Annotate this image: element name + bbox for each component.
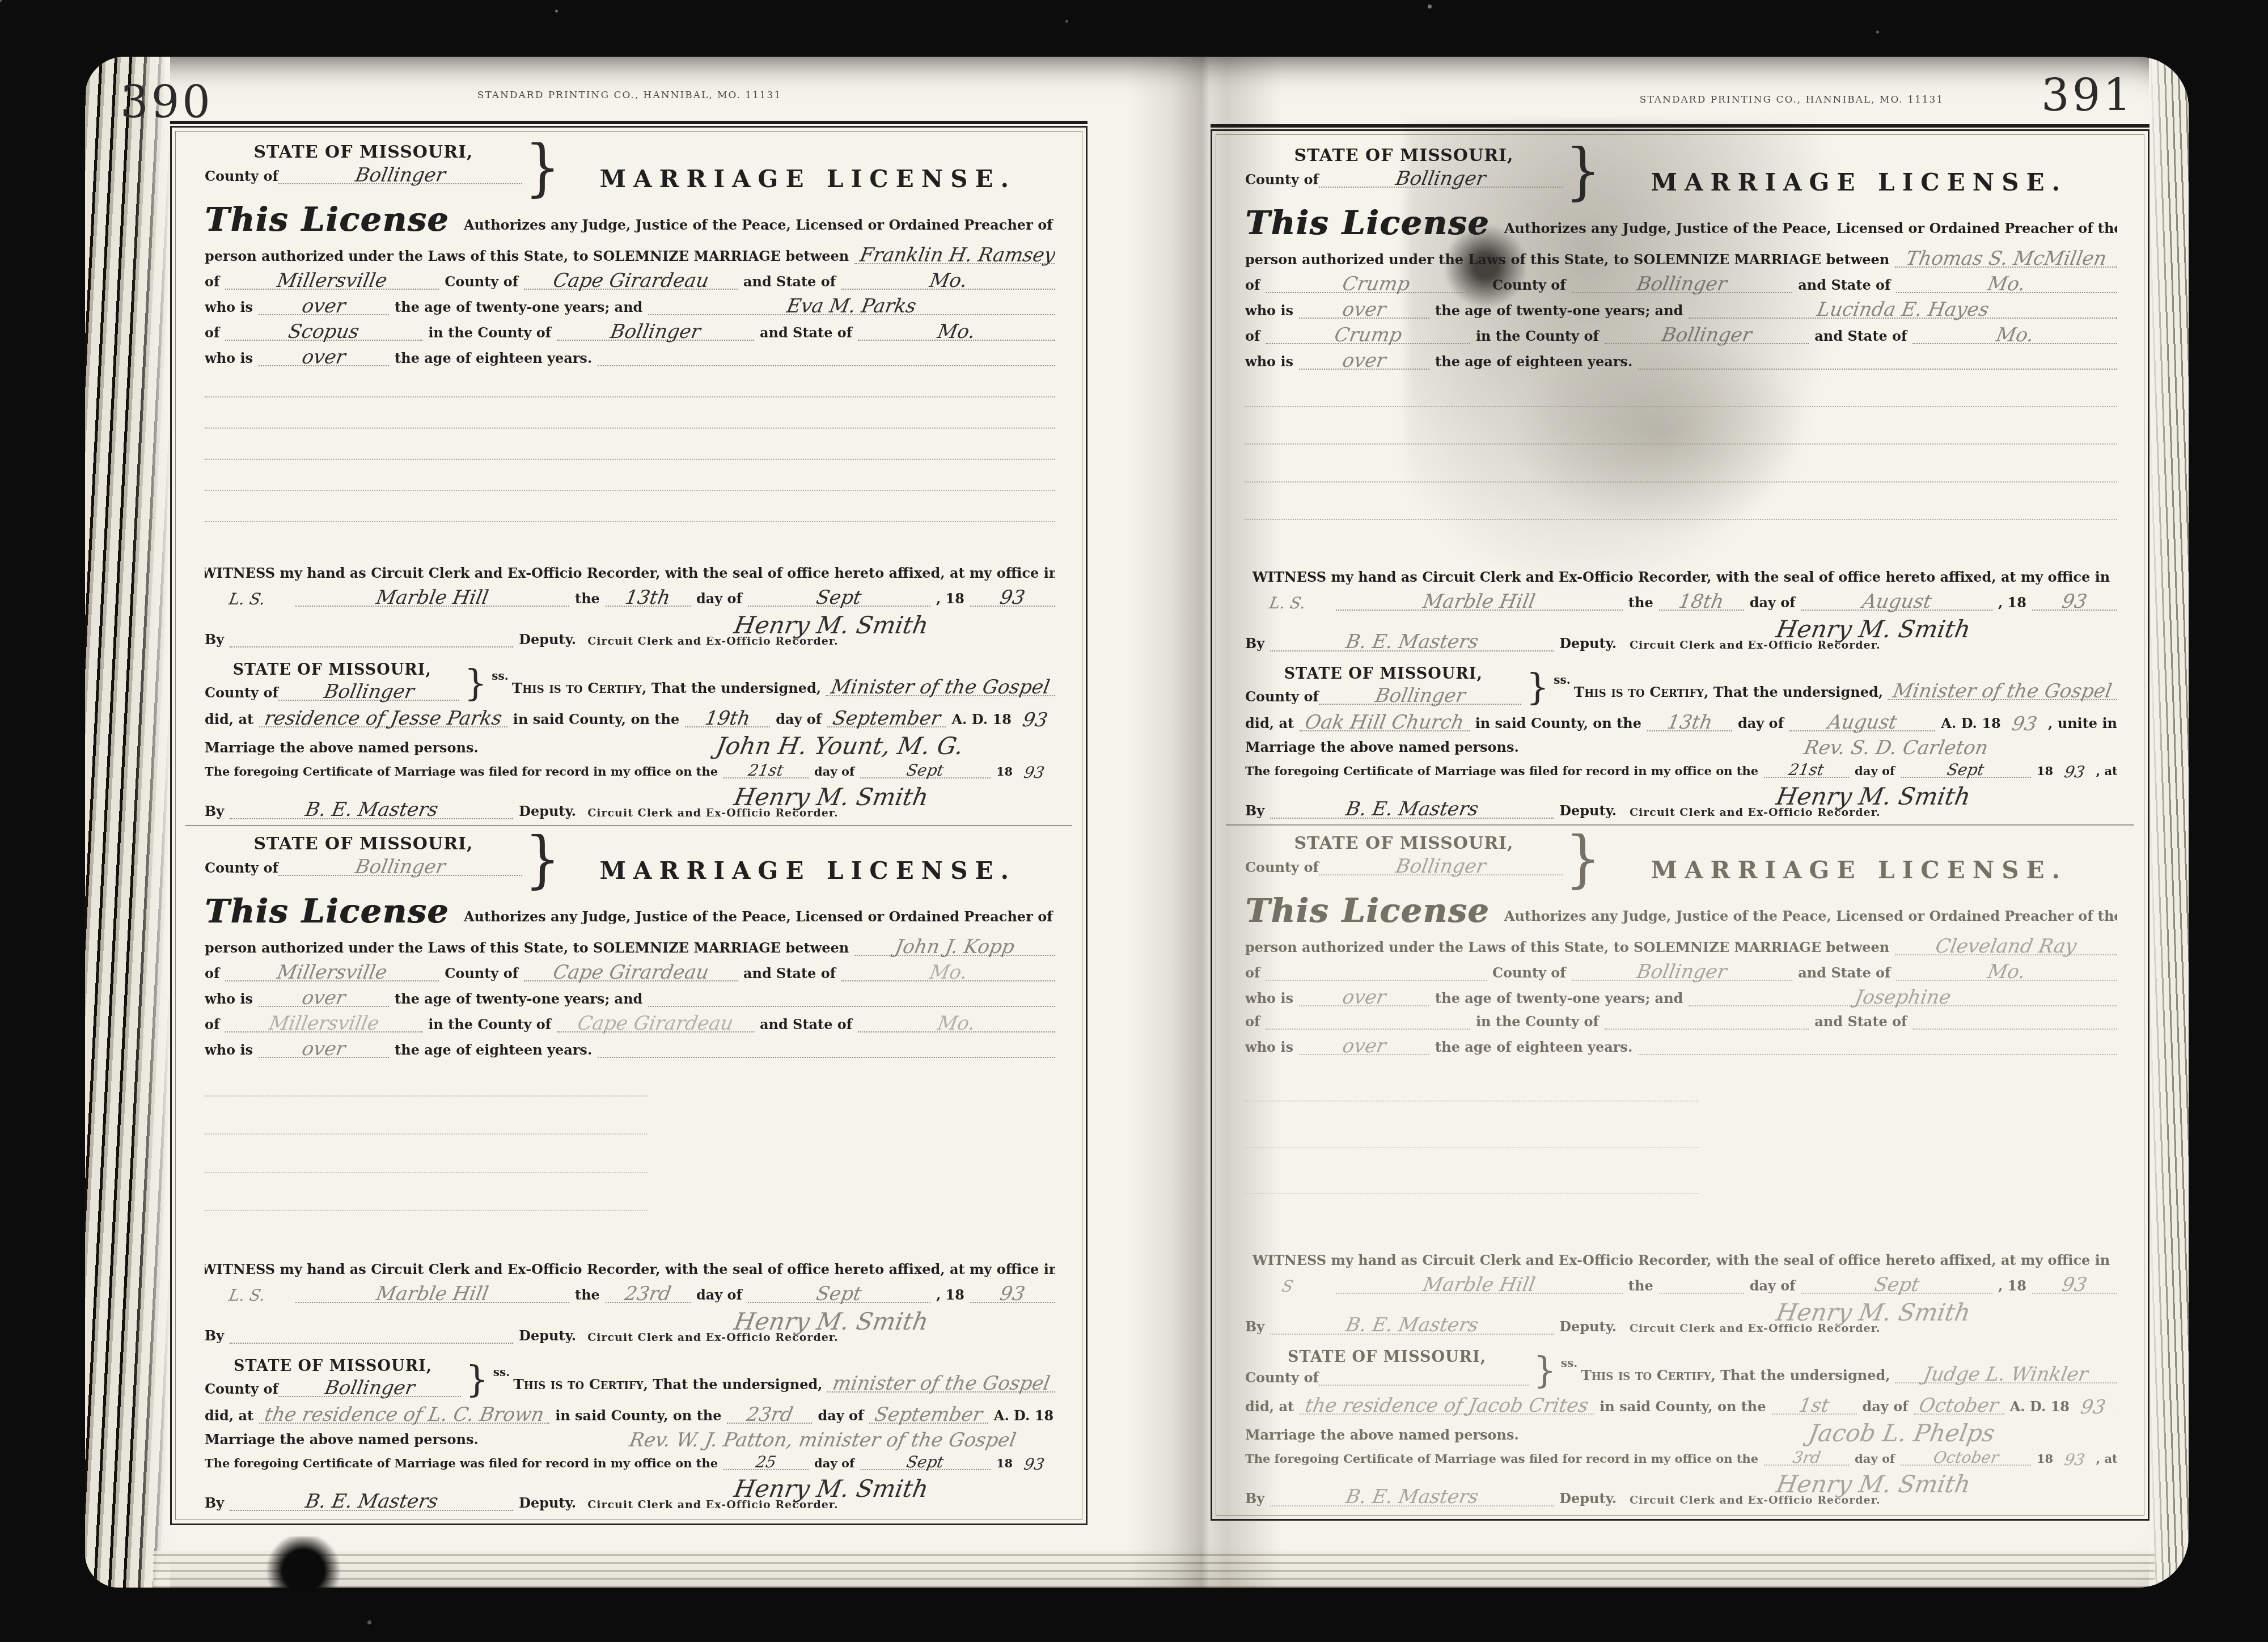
year-18-label: , 18 bbox=[936, 590, 964, 607]
groom-name: Thomas S. McMillen bbox=[1899, 249, 2114, 268]
age-21-label: the age of twenty-one years; and bbox=[395, 991, 642, 1007]
ink-blot-bottom-left bbox=[266, 1537, 340, 1588]
clerk-signature: Henry M. Smith bbox=[1627, 1472, 2117, 1496]
the-label: the bbox=[575, 590, 600, 607]
groom-age: over bbox=[295, 988, 353, 1008]
age-18-label: the age of eighteen years. bbox=[1435, 353, 1632, 370]
groom-residence: Millersville bbox=[270, 271, 394, 290]
this-license-heading: This License bbox=[205, 892, 449, 930]
unite-in-label: , unite in bbox=[2117, 1398, 2117, 1415]
office-place: Marble Hill bbox=[369, 588, 496, 607]
filed-day: 21st bbox=[1782, 762, 1831, 778]
marriage-above-label: Marriage the above named persons. bbox=[1245, 739, 1519, 755]
marriage-license-title: MARRIAGE LICENSE. bbox=[1601, 168, 2117, 196]
day-of-label: day of bbox=[776, 711, 822, 727]
filed-month: Sept bbox=[900, 1454, 951, 1470]
of-label: of bbox=[205, 273, 219, 290]
ss-abbrev: ss. bbox=[1554, 673, 1570, 706]
filed-month: Sept bbox=[1940, 762, 1991, 778]
bride-name: Josephine bbox=[1848, 988, 1958, 1007]
county-of-label: County of bbox=[1492, 964, 1566, 981]
clerk-signature: Henry M. Smith bbox=[1627, 617, 2117, 641]
county-field: Bollinger bbox=[1389, 857, 1493, 876]
groom-age: over bbox=[295, 297, 353, 316]
certify-text: This is to Certify, bbox=[1574, 684, 1709, 700]
county-label: County of bbox=[205, 860, 278, 876]
groom-residence: Crump bbox=[1335, 274, 1417, 294]
marriage-place: the residence of Jacob Crites bbox=[1298, 1396, 1596, 1415]
undersigned-title: Minister of the Gospel bbox=[1886, 682, 2117, 701]
dust-specks bbox=[0, 0, 2, 2]
the-label: the bbox=[1628, 594, 1653, 611]
year-18-label: 18 bbox=[996, 764, 1013, 778]
certify-rest-text: That the undersigned, bbox=[1720, 1367, 1890, 1383]
filed-by-deputy: B. E. Masters bbox=[1339, 1487, 1486, 1506]
filed-text: The foregoing Certificate of Marriage wa… bbox=[1245, 1451, 1758, 1466]
day-of-label: day of bbox=[1738, 715, 1784, 731]
right-page-number: 391 bbox=[2041, 70, 2134, 121]
solemnize-text: person authorized under the Laws of this… bbox=[1245, 251, 1889, 268]
filed-month: Sept bbox=[900, 763, 951, 778]
marriage-place: residence of Jesse Parks bbox=[257, 709, 509, 728]
filed-day: 3rd bbox=[1785, 1450, 1827, 1466]
who-is-label: who is bbox=[205, 299, 253, 315]
county-label: County of bbox=[1245, 688, 1319, 705]
filed-by-deputy: B. E. Masters bbox=[298, 1492, 445, 1511]
state-heading: STATE OF MISSOURI, bbox=[1245, 665, 1521, 683]
left-page-edge-stack bbox=[85, 57, 170, 1588]
filed-text: The foregoing Certificate of Marriage wa… bbox=[1245, 764, 1758, 778]
certify-rest-text: That the undersigned, bbox=[651, 680, 821, 696]
brace-glyph: } bbox=[1526, 670, 1549, 706]
by-label: By bbox=[205, 1495, 224, 1511]
day-of-label: day of bbox=[1750, 594, 1796, 611]
year-18-label: , 18 bbox=[936, 1286, 964, 1303]
in-said-county-label: in said County, on the bbox=[1475, 715, 1641, 731]
clerk-signature: Henry M. Smith bbox=[585, 1477, 1055, 1501]
who-is-label: who is bbox=[1245, 353, 1293, 370]
marriage-above-label: Marriage the above named persons. bbox=[205, 739, 479, 756]
undersigned-title: Judge L. Winkler bbox=[1916, 1365, 2095, 1384]
day-of-label: day of bbox=[1750, 1277, 1796, 1294]
by-label: By bbox=[1245, 802, 1264, 819]
certify-text: This is to Certify, bbox=[512, 680, 647, 696]
groom-residence: Millersville bbox=[270, 963, 394, 982]
authorizes-text: Authorizes any Judge, Justice of the Pea… bbox=[464, 908, 1055, 930]
groom-state: Mo. bbox=[923, 271, 974, 290]
cert-month: August bbox=[1821, 713, 1904, 732]
cert-year: 93 bbox=[2074, 1398, 2113, 1417]
county-of-label: County of bbox=[1492, 277, 1566, 293]
bride-county: Bollinger bbox=[603, 322, 708, 341]
cert-day: 13th bbox=[1660, 713, 1720, 732]
witness-day: 13th bbox=[618, 588, 678, 607]
solemnize-text: person authorized under the Laws of this… bbox=[205, 940, 849, 956]
who-is-label: who is bbox=[205, 991, 253, 1007]
who-is-label: who is bbox=[205, 1042, 253, 1058]
groom-state: Mo. bbox=[1981, 962, 2032, 981]
entry-divider bbox=[185, 825, 1072, 826]
marriage-license-title: MARRIAGE LICENSE. bbox=[1601, 856, 2117, 884]
who-is-label: who is bbox=[1245, 302, 1293, 319]
this-license-heading: This License bbox=[1245, 204, 1490, 242]
age-21-label: the age of twenty-one years; and bbox=[395, 299, 642, 315]
by-label: By bbox=[205, 1327, 224, 1344]
clerk-signature: Henry M. Smith bbox=[1627, 785, 2117, 809]
witness-text: WITNESS my hand as Circuit Clerk and Ex-… bbox=[205, 1261, 1055, 1277]
witness-month: Sept bbox=[1867, 1275, 1927, 1294]
year-18-label: , 18 bbox=[1998, 1277, 2026, 1294]
of-label: of bbox=[205, 1016, 219, 1032]
groom-county: Bollinger bbox=[1630, 962, 1734, 981]
bride-state: Mo. bbox=[1989, 325, 2041, 345]
deputy-label: Deputy. bbox=[1559, 635, 1617, 651]
deputy-label: Deputy. bbox=[519, 1495, 576, 1511]
officiant-signature: Jacob L. Phelps bbox=[1684, 1421, 2117, 1445]
brace-glyph: } bbox=[1533, 1353, 1556, 1389]
seal-mark: S bbox=[1275, 1279, 1300, 1294]
ss-abbrev: ss. bbox=[1561, 1356, 1577, 1389]
bride-name: Lucinda E. Hayes bbox=[1810, 300, 1996, 319]
office-place: Marble Hill bbox=[1416, 1275, 1542, 1294]
did-at-label: did, at bbox=[1245, 715, 1294, 731]
cert-month: September bbox=[826, 709, 947, 728]
officiant-signature-block: Rev. W. J. Patton, minister of the Gospe… bbox=[590, 1431, 1055, 1448]
marriage-place: Oak Hill Church bbox=[1298, 713, 1471, 732]
certify-text: This is to Certify, bbox=[513, 1376, 648, 1393]
clerk-signature-block: Henry M. Smith Circuit Clerk and Ex-Offi… bbox=[1630, 785, 2117, 819]
in-said-county-label: in said County, on the bbox=[555, 1407, 721, 1424]
undersigned-title: Minister of the Gospel bbox=[824, 678, 1055, 697]
brace-glyph: } bbox=[524, 142, 561, 196]
witness-day: 23rd bbox=[617, 1284, 678, 1304]
filed-year: 93 bbox=[2058, 1452, 2092, 1468]
witness-month: Sept bbox=[809, 1284, 869, 1304]
brace-glyph: } bbox=[464, 666, 487, 702]
witness-day: 18th bbox=[1672, 592, 1731, 611]
bride-residence: Millersville bbox=[262, 1014, 386, 1033]
in-county-of-label: in the County of bbox=[1476, 328, 1599, 344]
scanned-register-photo: 390 391 STANDARD PRINTING CO., HANNIBAL,… bbox=[0, 0, 2268, 1642]
ad-18-label: A. D. 18 bbox=[2010, 1398, 2070, 1415]
did-at-label: did, at bbox=[1245, 1398, 1294, 1415]
officiant-signature-block: John H. Yount, M. G. bbox=[624, 734, 1055, 756]
witness-month: Sept bbox=[809, 588, 869, 607]
in-said-county-label: in said County, on the bbox=[513, 711, 679, 727]
deputy-label: Deputy. bbox=[1559, 1318, 1617, 1335]
of-label: of bbox=[205, 324, 219, 341]
witness-year: 93 bbox=[2055, 592, 2094, 611]
certify-rest-text: That the undersigned, bbox=[1713, 684, 1883, 700]
blank-lines bbox=[1245, 370, 2117, 554]
bride-county: Cape Girardeau bbox=[570, 1014, 741, 1033]
undersigned-title: minister of the Gospel bbox=[826, 1374, 1055, 1393]
did-at-label: did, at bbox=[205, 711, 253, 727]
this-license-heading: This License bbox=[205, 200, 449, 239]
filed-day: 21st bbox=[742, 763, 790, 778]
witness-text: WITNESS my hand as Circuit Clerk and Ex-… bbox=[1253, 569, 2110, 585]
by-label: By bbox=[205, 631, 224, 648]
bride-state: Mo. bbox=[930, 322, 982, 341]
bride-residence: Scopus bbox=[281, 322, 366, 341]
certificate-section: STATE OF MISSOURI, County of Bollinger }… bbox=[1245, 665, 2117, 706]
state-heading: STATE OF MISSOURI, bbox=[205, 661, 459, 679]
county-label: County of bbox=[1245, 1369, 1319, 1386]
printer-imprint-right: STANDARD PRINTING CO., HANNIBAL, MO. 111… bbox=[1616, 94, 1967, 105]
groom-name: Cleveland Ray bbox=[1928, 937, 2084, 956]
license-entry-4: STATE OF MISSOURI, County of Bollinger }… bbox=[1245, 833, 2117, 1506]
right-page-edge-stack bbox=[2149, 57, 2189, 1588]
and-state-of-label: and State of bbox=[1814, 328, 1907, 344]
open-register-book: 390 391 STANDARD PRINTING CO., HANNIBAL,… bbox=[85, 57, 2189, 1588]
groom-state: Mo. bbox=[1981, 274, 2032, 294]
marriage-license-title: MARRIAGE LICENSE. bbox=[561, 165, 1055, 193]
bride-age: over bbox=[1335, 1036, 1393, 1056]
witness-year: 93 bbox=[2055, 1275, 2094, 1294]
printer-imprint-left: STANDARD PRINTING CO., HANNIBAL, MO. 111… bbox=[454, 90, 805, 101]
authorizes-text: Authorizes any Judge, Justice of the Pea… bbox=[464, 217, 1055, 239]
seal-mark: L. S. bbox=[1263, 595, 1313, 611]
deputy-label: Deputy. bbox=[519, 803, 576, 819]
certificate-section: STATE OF MISSOURI, County of } ss. This … bbox=[1245, 1348, 2117, 1389]
officiant-signature: Rev. S. D. Carleton bbox=[1673, 738, 2117, 757]
county-field: Bollinger bbox=[348, 166, 452, 185]
ad-18-label: A. D. 18 bbox=[994, 1407, 1053, 1424]
of-label: of bbox=[1245, 1013, 1260, 1030]
county-field: Bollinger bbox=[1389, 169, 1493, 188]
the-label: the bbox=[1628, 1277, 1653, 1294]
marriage-license-title: MARRIAGE LICENSE. bbox=[561, 857, 1055, 885]
ss-abbrev: ss. bbox=[492, 669, 508, 702]
cert-county-field: Bollinger bbox=[1368, 686, 1472, 705]
day-of-label: day of bbox=[696, 1286, 742, 1303]
blank-lines bbox=[205, 1058, 1055, 1246]
cert-county-field: Bollinger bbox=[317, 682, 421, 701]
groom-name: John J. Kopp bbox=[888, 937, 1022, 957]
year-18-label: 18 bbox=[2037, 1451, 2053, 1466]
witness-year: 93 bbox=[993, 588, 1032, 607]
marriage-above-label: Marriage the above named persons. bbox=[205, 1431, 479, 1448]
clerk-signature-block: Henry M. Smith Circuit Clerk and Ex-Offi… bbox=[1630, 1301, 2117, 1335]
in-county-of-label: in the County of bbox=[428, 324, 551, 341]
certify-text: This is to Certify, bbox=[1581, 1367, 1716, 1383]
bride-residence: Crump bbox=[1327, 325, 1409, 345]
groom-age: over bbox=[1335, 988, 1393, 1007]
filed-text: The foregoing Certificate of Marriage wa… bbox=[205, 764, 718, 778]
bride-state: Mo. bbox=[930, 1014, 982, 1033]
and-state-of-label: and State of bbox=[743, 965, 836, 981]
and-state-of-label: and State of bbox=[1798, 277, 1890, 293]
groom-name: Franklin H. Ramsey bbox=[853, 246, 1055, 265]
office-place: Marble Hill bbox=[1416, 592, 1542, 611]
deputy-label: Deputy. bbox=[1559, 802, 1617, 819]
marriage-place: the residence of L. C. Brown bbox=[257, 1405, 551, 1424]
clerk-signature: Henry M. Smith bbox=[1627, 1301, 2117, 1324]
the-label: the bbox=[575, 1286, 600, 1303]
state-heading: STATE OF MISSOURI, bbox=[205, 834, 522, 854]
witness-year: 93 bbox=[993, 1284, 1032, 1304]
ss-abbrev: ss. bbox=[493, 1365, 510, 1398]
license-header: STATE OF MISSOURI, County of Bollinger }… bbox=[205, 142, 1055, 193]
year-18-label: 18 bbox=[2037, 764, 2053, 778]
state-heading: STATE OF MISSOURI, bbox=[205, 1357, 461, 1375]
solemnize-text: person authorized under the Laws of this… bbox=[205, 248, 849, 264]
cert-month: September bbox=[868, 1405, 989, 1424]
bride-name: Eva M. Parks bbox=[780, 297, 923, 316]
did-at-label: did, at bbox=[205, 1407, 253, 1424]
officiant-signature: John H. Yount, M. G. bbox=[622, 734, 1055, 758]
county-label: County of bbox=[205, 684, 278, 701]
day-of-label: day of bbox=[696, 590, 742, 607]
groom-state: Mo. bbox=[923, 963, 974, 982]
clerk-signature-block: Henry M. Smith Circuit Clerk and Ex-Offi… bbox=[587, 1310, 1055, 1344]
by-label: By bbox=[205, 803, 224, 819]
cert-county-field: Bollinger bbox=[318, 1378, 422, 1398]
cert-day: 19th bbox=[698, 709, 758, 728]
clerk-signature-block: Henry M. Smith Circuit Clerk and Ex-Offi… bbox=[587, 613, 1055, 648]
county-label: County of bbox=[1245, 859, 1319, 875]
at-label: , at bbox=[2096, 764, 2117, 778]
bride-age: over bbox=[295, 1039, 353, 1059]
license-entry-3: STATE OF MISSOURI, County of Bollinger }… bbox=[1245, 146, 2117, 819]
cert-day: 1st bbox=[1792, 1396, 1837, 1415]
and-state-of-label: and State of bbox=[1814, 1013, 1907, 1030]
blank-lines bbox=[1245, 1055, 2117, 1237]
deputy-label: Deputy. bbox=[519, 1327, 576, 1344]
office-place: Marble Hill bbox=[369, 1284, 496, 1304]
filed-year: 93 bbox=[2058, 764, 2092, 780]
brace-glyph: } bbox=[524, 834, 561, 888]
authorizes-text: Authorizes any Judge, Justice of the Pea… bbox=[1504, 908, 2117, 930]
year-18-label: , 18 bbox=[1998, 594, 2026, 611]
cert-month: October bbox=[1912, 1396, 2005, 1415]
county-of-label: County of bbox=[445, 273, 518, 290]
license-entry-2: STATE OF MISSOURI, County of Bollinger }… bbox=[205, 834, 1055, 1511]
who-is-label: who is bbox=[1245, 990, 1293, 1006]
day-of-label: day of bbox=[1855, 764, 1895, 778]
authorizes-text: Authorizes any Judge, Justice of the Pea… bbox=[1504, 220, 2117, 242]
in-county-of-label: in the County of bbox=[1476, 1013, 1599, 1030]
by-label: By bbox=[1245, 1490, 1264, 1506]
certificate-section: STATE OF MISSOURI, County of Bollinger }… bbox=[205, 1357, 1055, 1398]
filed-text: The foregoing Certificate of Marriage wa… bbox=[205, 1456, 718, 1470]
entry-divider bbox=[1226, 824, 2134, 826]
filed-month: October bbox=[1926, 1450, 2005, 1466]
age-21-label: the age of twenty-one years; and bbox=[1435, 302, 1683, 319]
by-label: By bbox=[1245, 1318, 1264, 1335]
groom-county: Cape Girardeau bbox=[546, 271, 716, 290]
groom-county: Cape Girardeau bbox=[546, 963, 716, 982]
day-of-label: day of bbox=[818, 1407, 864, 1424]
county-label: County of bbox=[205, 1381, 278, 1397]
county-field: Bollinger bbox=[348, 857, 452, 877]
at-label: , at bbox=[2096, 1451, 2117, 1466]
clerk-signature: Henry M. Smith bbox=[585, 613, 1055, 637]
cert-year: 93 bbox=[1015, 710, 1055, 730]
day-of-label: day of bbox=[1863, 1398, 1909, 1415]
state-heading: STATE OF MISSOURI, bbox=[1245, 1348, 1529, 1366]
witness-text: WITNESS my hand as Circuit Clerk and Ex-… bbox=[205, 565, 1055, 581]
officiant-signature: Rev. W. J. Patton, minister of the Gospe… bbox=[589, 1431, 1055, 1450]
officiant-signature-block: Jacob L. Phelps bbox=[1686, 1421, 2117, 1443]
groom-age: over bbox=[1335, 300, 1393, 319]
day-of-label: day of bbox=[1855, 1451, 1895, 1466]
and-state-of-label: and State of bbox=[760, 1016, 852, 1032]
deputy-by: B. E. Masters bbox=[1339, 1315, 1486, 1335]
ad-18-label: A. D. 18 bbox=[1941, 715, 2000, 731]
age-18-label: the age of eighteen years. bbox=[1435, 1039, 1632, 1055]
who-is-label: who is bbox=[205, 350, 253, 366]
marriage-above-label: Marriage the above named persons. bbox=[1245, 1427, 1519, 1443]
of-label: of bbox=[205, 965, 219, 981]
day-of-label: day of bbox=[814, 764, 854, 778]
age-18-label: the age of eighteen years. bbox=[395, 350, 592, 366]
groom-county: Bollinger bbox=[1630, 274, 1734, 294]
deputy-label: Deputy. bbox=[1559, 1490, 1617, 1506]
blank-lines bbox=[205, 366, 1055, 550]
of-label: of bbox=[1245, 964, 1260, 981]
state-heading: STATE OF MISSOURI, bbox=[205, 142, 522, 162]
in-county-of-label: in the County of bbox=[428, 1016, 551, 1032]
cert-day: 23rd bbox=[739, 1405, 800, 1424]
deputy-label: Deputy. bbox=[519, 631, 576, 648]
by-label: By bbox=[1245, 635, 1264, 651]
and-state-of-label: and State of bbox=[1798, 964, 1890, 981]
age-18-label: the age of eighteen years. bbox=[395, 1042, 592, 1058]
age-21-label: the age of twenty-one years; and bbox=[1435, 990, 1683, 1006]
right-page-frame: STATE OF MISSOURI, County of Bollinger }… bbox=[1211, 129, 2149, 1521]
left-page-frame: STATE OF MISSOURI, County of Bollinger }… bbox=[170, 126, 1088, 1525]
seal-mark: L. S. bbox=[222, 591, 272, 607]
brace-glyph: } bbox=[466, 1362, 489, 1398]
filed-day: 25 bbox=[749, 1454, 784, 1470]
clerk-signature-block: Henry M. Smith Circuit Clerk and Ex-Offi… bbox=[587, 1477, 1055, 1511]
filed-year: 93 bbox=[1017, 1457, 1052, 1472]
brace-glyph: } bbox=[1565, 146, 1601, 200]
clerk-signature: Henry M. Smith bbox=[585, 785, 1055, 809]
county-of-label: County of bbox=[445, 965, 518, 981]
witness-text: WITNESS my hand as Circuit Clerk and Ex-… bbox=[1253, 1252, 2110, 1268]
solemnize-text: person authorized under the Laws of this… bbox=[1245, 939, 1889, 955]
clerk-signature: Henry M. Smith bbox=[585, 1310, 1055, 1334]
clerk-signature-block: Henry M. Smith Circuit Clerk and Ex-Offi… bbox=[1630, 617, 2117, 651]
bride-age: over bbox=[295, 348, 353, 367]
of-label: of bbox=[1245, 328, 1260, 344]
state-heading: STATE OF MISSOURI, bbox=[1245, 146, 1563, 166]
bride-age: over bbox=[1335, 351, 1393, 370]
clerk-signature-block: Henry M. Smith Circuit Clerk and Ex-Offi… bbox=[587, 785, 1055, 819]
certificate-section: STATE OF MISSOURI, County of Bollinger }… bbox=[205, 661, 1055, 702]
of-label: of bbox=[1245, 277, 1260, 293]
in-said-county-label: in said County, on the bbox=[1600, 1398, 1766, 1415]
and-state-of-label: and State of bbox=[760, 324, 852, 341]
filed-year: 93 bbox=[1017, 765, 1052, 781]
filed-by-deputy: B. E. Masters bbox=[1339, 799, 1486, 819]
and-state-of-label: and State of bbox=[743, 273, 836, 290]
unite-in-label: , unite in bbox=[2048, 715, 2117, 731]
this-license-heading: This License bbox=[1245, 891, 1490, 930]
cert-year: 93 bbox=[2005, 714, 2044, 734]
bride-county: Bollinger bbox=[1655, 325, 1759, 345]
certify-rest-text: That the undersigned, bbox=[653, 1376, 822, 1393]
county-label: County of bbox=[1245, 171, 1319, 188]
brace-glyph: } bbox=[1565, 833, 1601, 887]
state-heading: STATE OF MISSOURI, bbox=[1245, 833, 1563, 853]
filed-by-deputy: B. E. Masters bbox=[298, 800, 445, 819]
seal-mark: L. S. bbox=[222, 1288, 272, 1304]
license-entry-1: STATE OF MISSOURI, County of Bollinger }… bbox=[205, 142, 1055, 819]
county-label: County of bbox=[205, 168, 278, 184]
